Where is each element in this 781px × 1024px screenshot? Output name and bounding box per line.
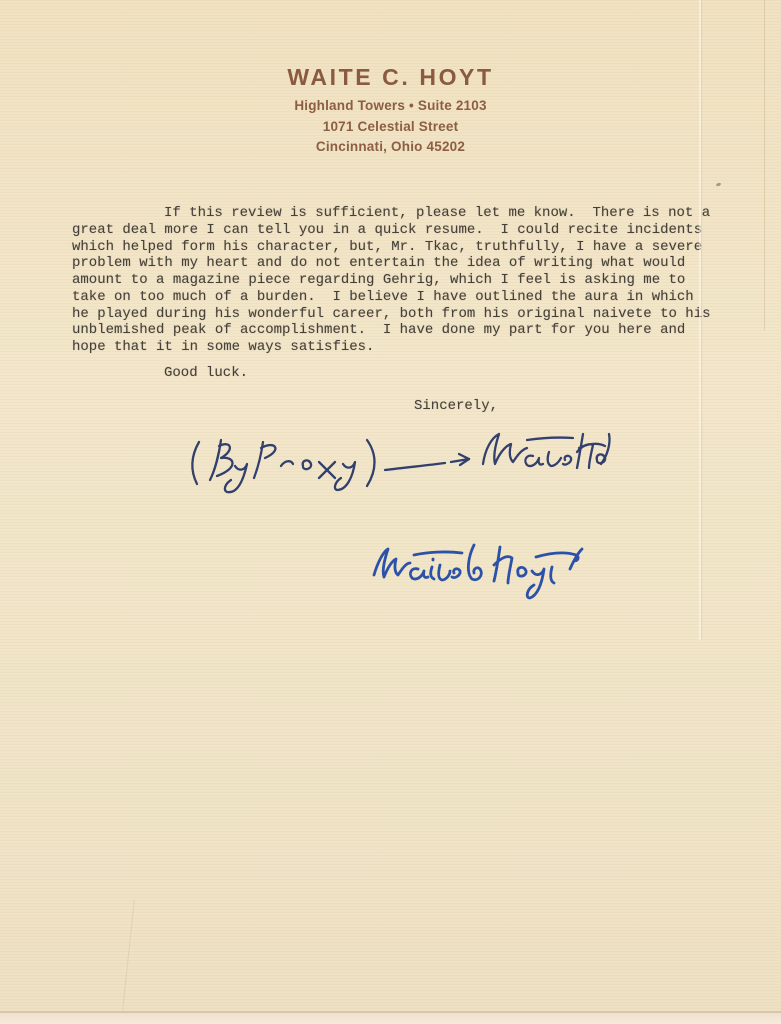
letterhead-street-line: 1071 Celestial Street xyxy=(0,117,781,138)
body-line: take on too much of a burden. I believe … xyxy=(72,289,732,306)
body-line: great deal more I can tell you in a quic… xyxy=(72,222,732,239)
body-line: hope that it in some ways satisfies. xyxy=(72,339,732,356)
body-line: which helped form his character, but, Mr… xyxy=(72,239,732,256)
paper-crease-right-edge xyxy=(764,0,765,330)
body-line: problem with my heart and do not enterta… xyxy=(72,255,732,272)
closing-line: Good luck. xyxy=(164,365,248,381)
paper-crease-vertical xyxy=(699,0,701,640)
letter-body-paragraph: If this review is sufficient, please let… xyxy=(72,205,732,356)
paper-bottom-edge xyxy=(0,1011,781,1024)
letterhead-suite-line: Highland Towers • Suite 2103 xyxy=(0,96,781,117)
paper-crease-bottom-left xyxy=(122,900,134,1010)
body-line: he played during his wonderful career, b… xyxy=(72,306,732,323)
body-line: unblemished peak of accomplishment. I ha… xyxy=(72,322,732,339)
main-signature xyxy=(360,527,605,619)
letterhead: WAITE C. HOYT Highland Towers • Suite 21… xyxy=(0,64,781,158)
paper-speck xyxy=(716,182,722,187)
body-line: If this review is sufficient, please let… xyxy=(72,205,732,222)
letter-page: WAITE C. HOYT Highland Towers • Suite 21… xyxy=(0,0,781,1024)
letterhead-address: Highland Towers • Suite 2103 1071 Celest… xyxy=(0,96,781,158)
letterhead-name: WAITE C. HOYT xyxy=(0,64,781,90)
body-line: amount to a magazine piece regarding Geh… xyxy=(72,272,732,289)
proxy-note-and-signature xyxy=(183,412,613,508)
letterhead-city-line: Cincinnati, Ohio 45202 xyxy=(0,137,781,158)
